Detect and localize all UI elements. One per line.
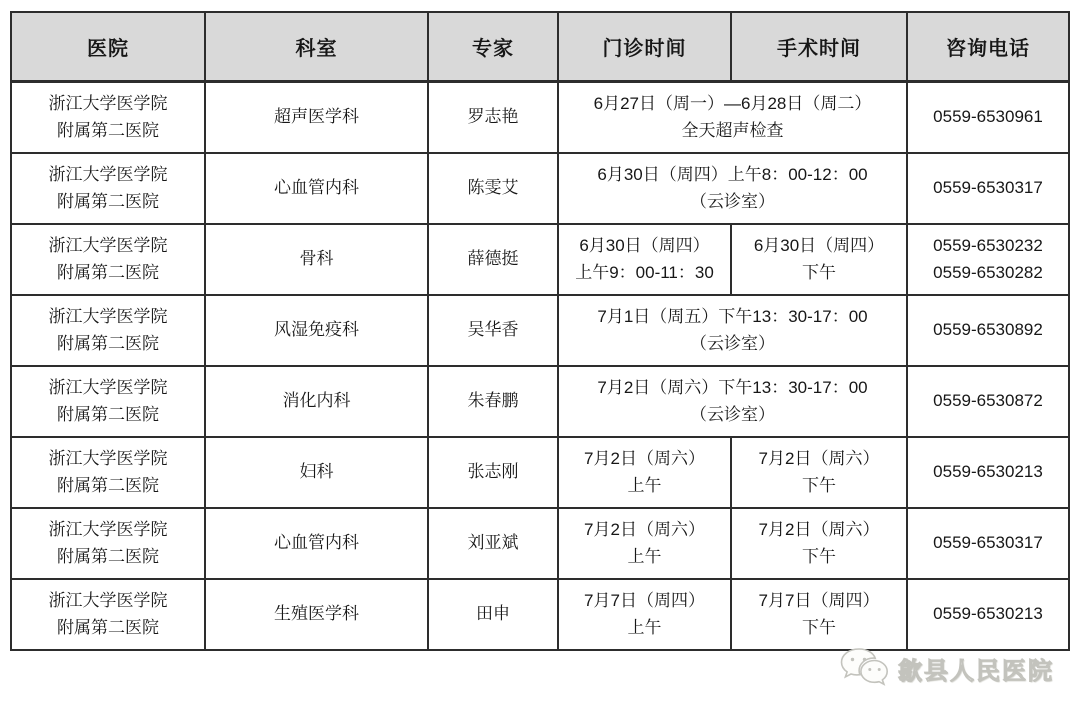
table-row: 浙江大学医学院 附属第二医院 风湿免疫科 吴华香 7月1日（周五）下午13：30… <box>11 295 1069 366</box>
header-expert: 专家 <box>428 12 558 82</box>
time-text: 7月2日（周六）下午13：30-17：00 <box>563 375 902 401</box>
cell-hospital: 浙江大学医学院 附属第二医院 <box>11 295 205 366</box>
table-row: 浙江大学医学院 附属第二医院 消化内科 朱春鹏 7月2日（周六）下午13：30-… <box>11 366 1069 437</box>
cell-clinic-time: 7月7日（周四） 上午 <box>558 579 731 650</box>
hospital-name: 浙江大学医学院 <box>16 588 200 614</box>
cell-department: 超声医学科 <box>205 82 428 154</box>
phone-number: 0559-6530213 <box>912 459 1064 485</box>
time-text: 下午 <box>736 473 902 499</box>
header-phone: 咨询电话 <box>907 12 1069 82</box>
table-row: 浙江大学医学院 附属第二医院 超声医学科 罗志艳 6月27日（周一）—6月28日… <box>11 82 1069 154</box>
cell-department: 风湿免疫科 <box>205 295 428 366</box>
time-text: 下午 <box>736 544 902 570</box>
table-header-row: 医院 科室 专家 门诊时间 手术时间 咨询电话 <box>11 12 1069 82</box>
time-text: 7月7日（周四） <box>563 588 726 614</box>
time-text: （云诊室） <box>563 402 902 428</box>
time-text: 下午 <box>736 615 902 641</box>
cell-department: 心血管内科 <box>205 508 428 579</box>
time-text: 6月27日（周一）—6月28日（周二） <box>563 91 902 117</box>
header-department: 科室 <box>205 12 428 82</box>
phone-number: 0559-6530317 <box>912 530 1064 556</box>
cell-clinic-time: 7月2日（周六） 上午 <box>558 437 731 508</box>
cell-time-merged: 7月2日（周六）下午13：30-17：00 （云诊室） <box>558 366 907 437</box>
cell-hospital: 浙江大学医学院 附属第二医院 <box>11 437 205 508</box>
cell-phone: 0559-6530232 0559-6530282 <box>907 224 1069 295</box>
phone-number: 0559-6530892 <box>912 317 1064 343</box>
cell-phone: 0559-6530213 <box>907 437 1069 508</box>
time-text: 上午 <box>563 615 726 641</box>
cell-expert: 田申 <box>428 579 558 650</box>
phone-number: 0559-6530961 <box>912 104 1064 130</box>
cell-expert: 朱春鹏 <box>428 366 558 437</box>
phone-number: 0559-6530872 <box>912 388 1064 414</box>
time-text: 上午9：00-11：30 <box>563 260 726 286</box>
watermark-text: 歙县人民医院 <box>898 651 1054 686</box>
hospital-name: 附属第二医院 <box>16 473 200 499</box>
time-text: 全天超声检查 <box>563 118 902 144</box>
header-clinic-time: 门诊时间 <box>558 12 731 82</box>
cell-hospital: 浙江大学医学院 附属第二医院 <box>11 579 205 650</box>
cell-department: 消化内科 <box>205 366 428 437</box>
time-text: 7月2日（周六） <box>736 517 902 543</box>
hospital-name: 附属第二医院 <box>16 331 200 357</box>
table-row: 浙江大学医学院 附属第二医院 骨科 薛德挺 6月30日（周四） 上午9：00-1… <box>11 224 1069 295</box>
hospital-name: 附属第二医院 <box>16 118 200 144</box>
table-row: 浙江大学医学院 附属第二医院 心血管内科 陈雯艾 6月30日（周四）上午8：00… <box>11 153 1069 224</box>
cell-time-merged: 6月27日（周一）—6月28日（周二） 全天超声检查 <box>558 82 907 154</box>
table-row: 浙江大学医学院 附属第二医院 心血管内科 刘亚斌 7月2日（周六） 上午 7月2… <box>11 508 1069 579</box>
cell-phone: 0559-6530872 <box>907 366 1069 437</box>
cell-hospital: 浙江大学医学院 附属第二医院 <box>11 224 205 295</box>
cell-expert: 陈雯艾 <box>428 153 558 224</box>
watermark: 歙县人民医院 <box>838 643 1070 693</box>
cell-surgery-time: 7月7日（周四） 下午 <box>731 579 907 650</box>
time-text: 6月30日（周四）上午8：00-12：00 <box>563 162 902 188</box>
time-text: 7月1日（周五）下午13：30-17：00 <box>563 304 902 330</box>
hospital-name: 浙江大学医学院 <box>16 233 200 259</box>
cell-hospital: 浙江大学医学院 附属第二医院 <box>11 508 205 579</box>
schedule-table: 医院 科室 专家 门诊时间 手术时间 咨询电话 浙江大学医学院 附属第二医院 超… <box>10 11 1070 651</box>
cell-department: 心血管内科 <box>205 153 428 224</box>
hospital-name: 附属第二医院 <box>16 615 200 641</box>
cell-department: 妇科 <box>205 437 428 508</box>
time-text: 上午 <box>563 544 726 570</box>
cell-hospital: 浙江大学医学院 附属第二医院 <box>11 153 205 224</box>
cell-hospital: 浙江大学医学院 附属第二医院 <box>11 82 205 154</box>
cell-phone: 0559-6530317 <box>907 153 1069 224</box>
time-text: 7月2日（周六） <box>563 517 726 543</box>
phone-number: 0559-6530282 <box>912 260 1064 286</box>
cell-time-merged: 6月30日（周四）上午8：00-12：00 （云诊室） <box>558 153 907 224</box>
phone-number: 0559-6530317 <box>912 175 1064 201</box>
cell-phone: 0559-6530317 <box>907 508 1069 579</box>
cell-expert: 罗志艳 <box>428 82 558 154</box>
cell-time-merged: 7月1日（周五）下午13：30-17：00 （云诊室） <box>558 295 907 366</box>
hospital-name: 附属第二医院 <box>16 402 200 428</box>
phone-number: 0559-6530213 <box>912 601 1064 627</box>
time-text: 7月7日（周四） <box>736 588 902 614</box>
time-text: （云诊室） <box>563 331 902 357</box>
cell-expert: 刘亚斌 <box>428 508 558 579</box>
cell-phone: 0559-6530213 <box>907 579 1069 650</box>
hospital-name: 浙江大学医学院 <box>16 446 200 472</box>
wechat-icon <box>838 646 892 691</box>
cell-surgery-time: 7月2日（周六） 下午 <box>731 508 907 579</box>
page: 医院 科室 专家 门诊时间 手术时间 咨询电话 浙江大学医学院 附属第二医院 超… <box>0 0 1080 711</box>
cell-expert: 张志刚 <box>428 437 558 508</box>
time-text: 6月30日（周四） <box>736 233 902 259</box>
cell-expert: 薛德挺 <box>428 224 558 295</box>
time-text: 下午 <box>736 260 902 286</box>
cell-hospital: 浙江大学医学院 附属第二医院 <box>11 366 205 437</box>
hospital-name: 浙江大学医学院 <box>16 375 200 401</box>
phone-number: 0559-6530232 <box>912 233 1064 259</box>
cell-department: 骨科 <box>205 224 428 295</box>
hospital-name: 浙江大学医学院 <box>16 91 200 117</box>
hospital-name: 附属第二医院 <box>16 544 200 570</box>
time-text: 上午 <box>563 473 726 499</box>
hospital-name: 附属第二医院 <box>16 260 200 286</box>
time-text: 7月2日（周六） <box>563 446 726 472</box>
header-hospital: 医院 <box>11 12 205 82</box>
cell-clinic-time: 7月2日（周六） 上午 <box>558 508 731 579</box>
hospital-name: 附属第二医院 <box>16 189 200 215</box>
cell-surgery-time: 7月2日（周六） 下午 <box>731 437 907 508</box>
table-row: 浙江大学医学院 附属第二医院 妇科 张志刚 7月2日（周六） 上午 7月2日（周… <box>11 437 1069 508</box>
hospital-name: 浙江大学医学院 <box>16 517 200 543</box>
cell-department: 生殖医学科 <box>205 579 428 650</box>
cell-phone: 0559-6530892 <box>907 295 1069 366</box>
table-row: 浙江大学医学院 附属第二医院 生殖医学科 田申 7月7日（周四） 上午 7月7日… <box>11 579 1069 650</box>
hospital-name: 浙江大学医学院 <box>16 304 200 330</box>
time-text: 6月30日（周四） <box>563 233 726 259</box>
time-text: （云诊室） <box>563 189 902 215</box>
cell-phone: 0559-6530961 <box>907 82 1069 154</box>
header-surgery-time: 手术时间 <box>731 12 907 82</box>
cell-clinic-time: 6月30日（周四） 上午9：00-11：30 <box>558 224 731 295</box>
cell-expert: 吴华香 <box>428 295 558 366</box>
hospital-name: 浙江大学医学院 <box>16 162 200 188</box>
cell-surgery-time: 6月30日（周四） 下午 <box>731 224 907 295</box>
time-text: 7月2日（周六） <box>736 446 902 472</box>
